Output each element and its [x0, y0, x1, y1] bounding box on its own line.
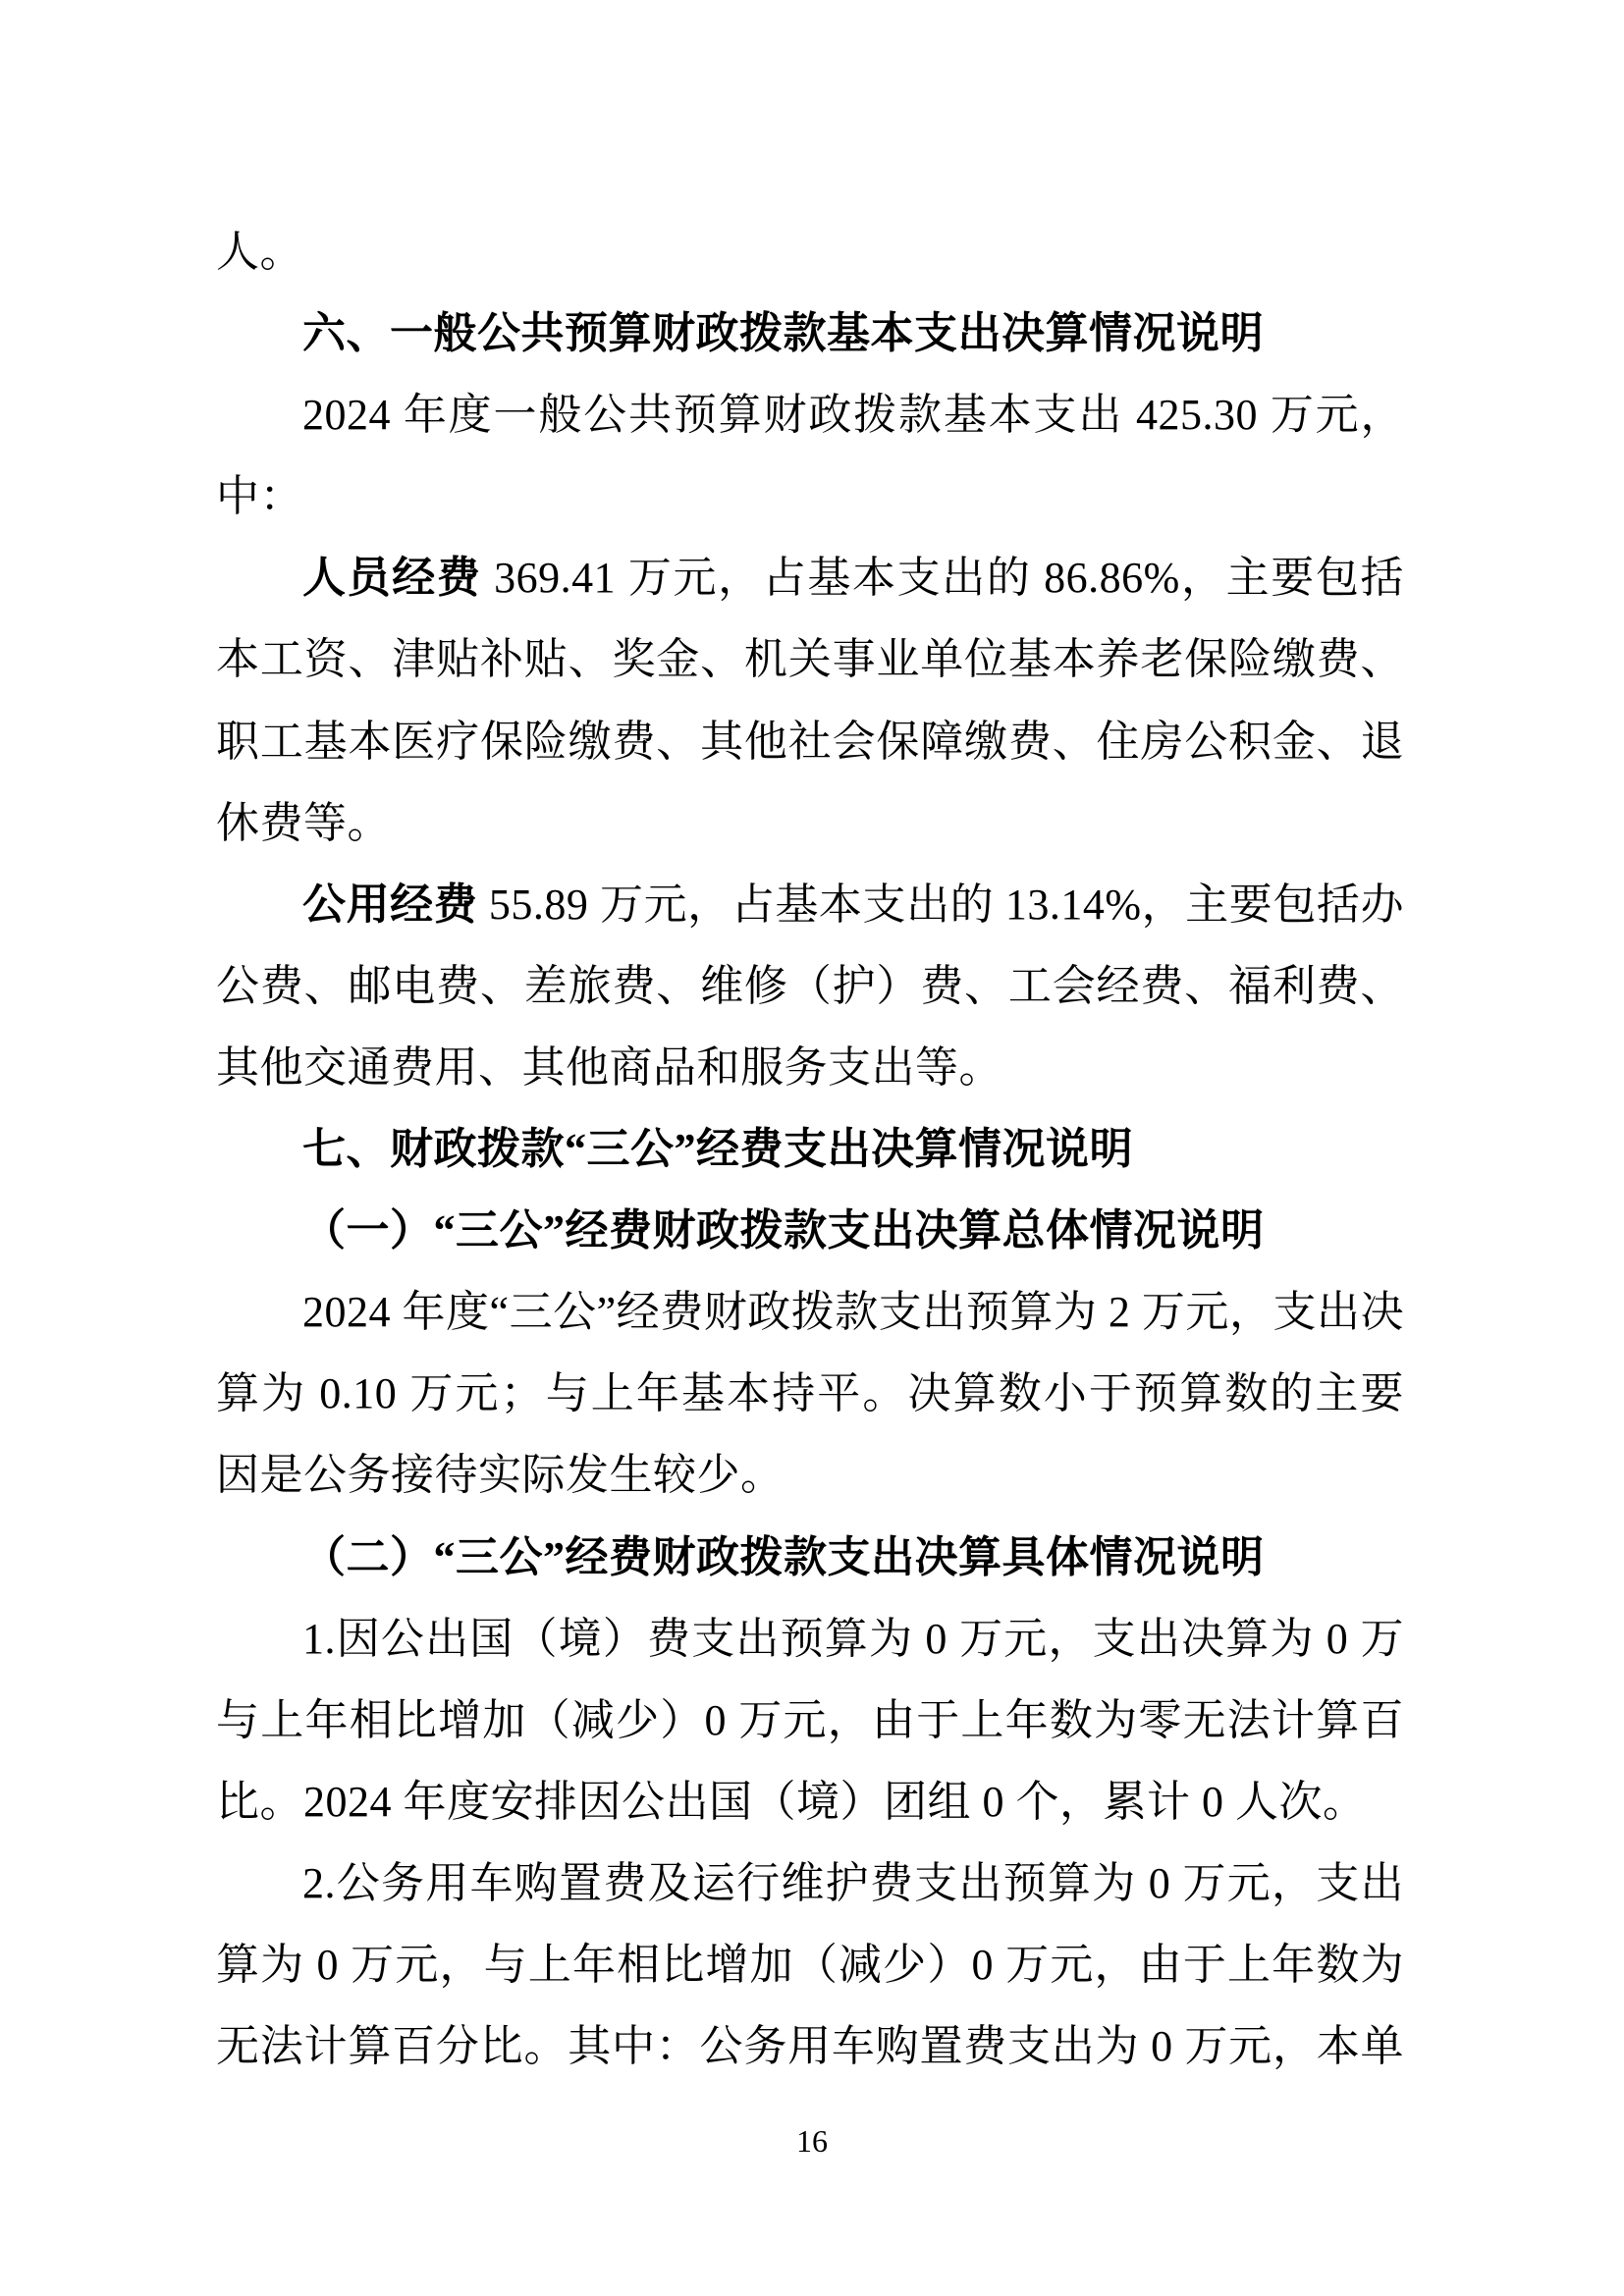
- text-line: 因是公务接待实际发生较少。: [216, 1434, 1404, 1516]
- bold-lead: 人员经费: [302, 554, 482, 602]
- text-line: 比。2024 年度安排因公出国（境）团组 0 个，累计 0 人次。: [216, 1761, 1404, 1842]
- text-line: 与上年相比增加（减少）0 万元，由于上年数为零无法计算百分: [216, 1680, 1404, 1761]
- text-line: 公用经费 55.89 万元，占基本支出的 13.14%，主要包括办: [216, 864, 1404, 945]
- line-text: 55.89 万元，占基本支出的 13.14%，主要包括办: [477, 881, 1404, 929]
- text-line: 公费、邮电费、差旅费、维修（护）费、工会经费、福利费、: [216, 945, 1404, 1027]
- heading-line: 七、财政拨款“三公”经费支出决算情况说明: [216, 1108, 1404, 1190]
- text-line: 算为 0 万元，与上年相比增加（减少）0 万元，由于上年数为零: [216, 1924, 1404, 2005]
- text-line: 2024 年度“三公”经费财政拨款支出预算为 2 万元，支出决: [216, 1271, 1404, 1353]
- text-line: 2024 年度一般公共预算财政拨款基本支出 425.30 万元，其: [216, 374, 1404, 455]
- text-line: 人。: [216, 211, 1404, 293]
- bold-lead: 公用经费: [302, 881, 477, 929]
- text-line: 无法计算百分比。其中：公务用车购置费支出为 0 万元，本单: [216, 2005, 1404, 2087]
- text-line: 2.公务用车购置费及运行维护费支出预算为 0 万元，支出决: [216, 1842, 1404, 1924]
- page-footer: 16: [0, 2123, 1624, 2160]
- document-body: 人。六、一般公共预算财政拨款基本支出决算情况说明2024 年度一般公共预算财政拨…: [216, 211, 1404, 2087]
- text-line: 其他交通费用、其他商品和服务支出等。: [216, 1027, 1404, 1108]
- page-number: 16: [796, 2123, 828, 2159]
- text-line: 人员经费 369.41 万元，占基本支出的 86.86%，主要包括基: [216, 537, 1404, 618]
- text-line: 休费等。: [216, 782, 1404, 864]
- heading-line: （二）“三公”经费财政拨款支出决算具体情况说明: [216, 1517, 1404, 1598]
- document-page: 人。六、一般公共预算财政拨款基本支出决算情况说明2024 年度一般公共预算财政拨…: [0, 0, 1624, 2296]
- text-line: 职工基本医疗保险缴费、其他社会保障缴费、住房公积金、退: [216, 701, 1404, 782]
- text-line: 1.因公出国（境）费支出预算为 0 万元，支出决算为 0 万元，: [216, 1598, 1404, 1680]
- text-line: 中：: [216, 455, 1404, 537]
- text-line: 算为 0.10 万元；与上年基本持平。决算数小于预算数的主要原: [216, 1353, 1404, 1434]
- text-line: 本工资、津贴补贴、奖金、机关事业单位基本养老保险缴费、: [216, 618, 1404, 700]
- heading-line: （一）“三公”经费财政拨款支出决算总体情况说明: [216, 1190, 1404, 1271]
- heading-line: 六、一般公共预算财政拨款基本支出决算情况说明: [216, 293, 1404, 374]
